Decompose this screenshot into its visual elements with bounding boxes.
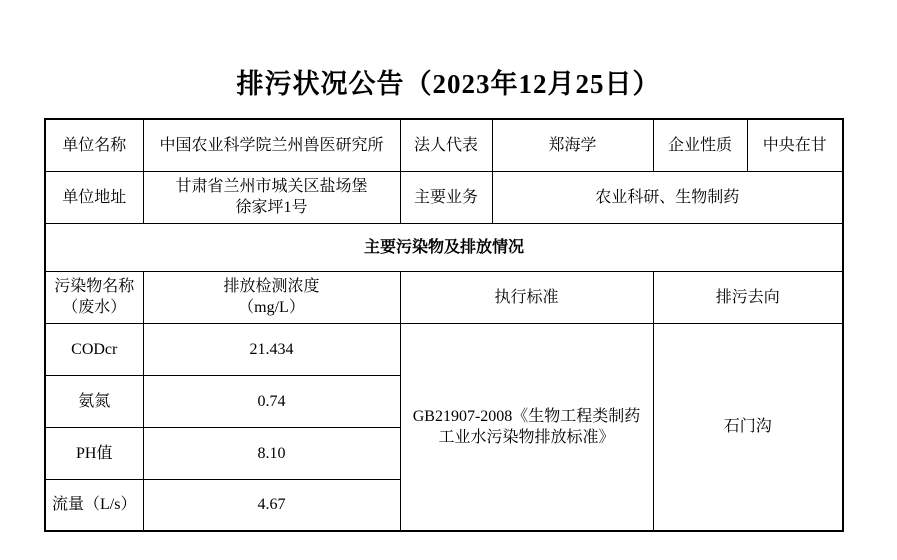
section-title: 主要污染物及排放情况 [45, 223, 843, 271]
document-page: 排污状况公告（2023年12月25日） 单位名称 中国农业科学院兰州兽医研究所 … [0, 0, 897, 560]
table-row: 单位名称 中国农业科学院兰州兽医研究所 法人代表 郑海学 企业性质 中央在甘 [45, 119, 843, 171]
pollutant-value: 0.74 [143, 375, 400, 427]
pollutant-name: 流量（L/s） [45, 479, 143, 531]
legal-rep-value: 郑海学 [492, 119, 653, 171]
destination-value: 石门沟 [653, 323, 843, 531]
page-title: 排污状况公告（2023年12月25日） [0, 62, 897, 101]
main-business-value: 农业科研、生物制药 [492, 171, 843, 223]
legal-rep-label: 法人代表 [400, 119, 492, 171]
pollutant-name: 氨氮 [45, 375, 143, 427]
table-row: CODcr 21.434 GB21907-2008《生物工程类制药 工业水污染物… [45, 323, 843, 375]
table-row: 污染物名称 （废水） 排放检测浓度 （mg/L） 执行标准 排污去向 [45, 271, 843, 323]
pollution-report-table: 单位名称 中国农业科学院兰州兽医研究所 法人代表 郑海学 企业性质 中央在甘 单… [44, 118, 844, 532]
concentration-header: 排放检测浓度 （mg/L） [143, 271, 400, 323]
unit-address-label: 单位地址 [45, 171, 143, 223]
unit-name-value: 中国农业科学院兰州兽医研究所 [143, 119, 400, 171]
standard-header: 执行标准 [400, 271, 653, 323]
enterprise-type-label: 企业性质 [653, 119, 747, 171]
table-row: 单位地址 甘肃省兰州市城关区盐场堡 徐家坪1号 主要业务 农业科研、生物制药 [45, 171, 843, 223]
standard-value: GB21907-2008《生物工程类制药 工业水污染物排放标准》 [400, 323, 653, 531]
pollutant-value: 21.434 [143, 323, 400, 375]
main-business-label: 主要业务 [400, 171, 492, 223]
pollutant-name: CODcr [45, 323, 143, 375]
unit-address-value: 甘肃省兰州市城关区盐场堡 徐家坪1号 [143, 171, 400, 223]
pollutant-value: 4.67 [143, 479, 400, 531]
enterprise-type-value: 中央在甘 [747, 119, 843, 171]
pollutant-name-header: 污染物名称 （废水） [45, 271, 143, 323]
pollutant-name: PH值 [45, 427, 143, 479]
destination-header: 排污去向 [653, 271, 843, 323]
table-row: 主要污染物及排放情况 [45, 223, 843, 271]
unit-name-label: 单位名称 [45, 119, 143, 171]
pollutant-value: 8.10 [143, 427, 400, 479]
